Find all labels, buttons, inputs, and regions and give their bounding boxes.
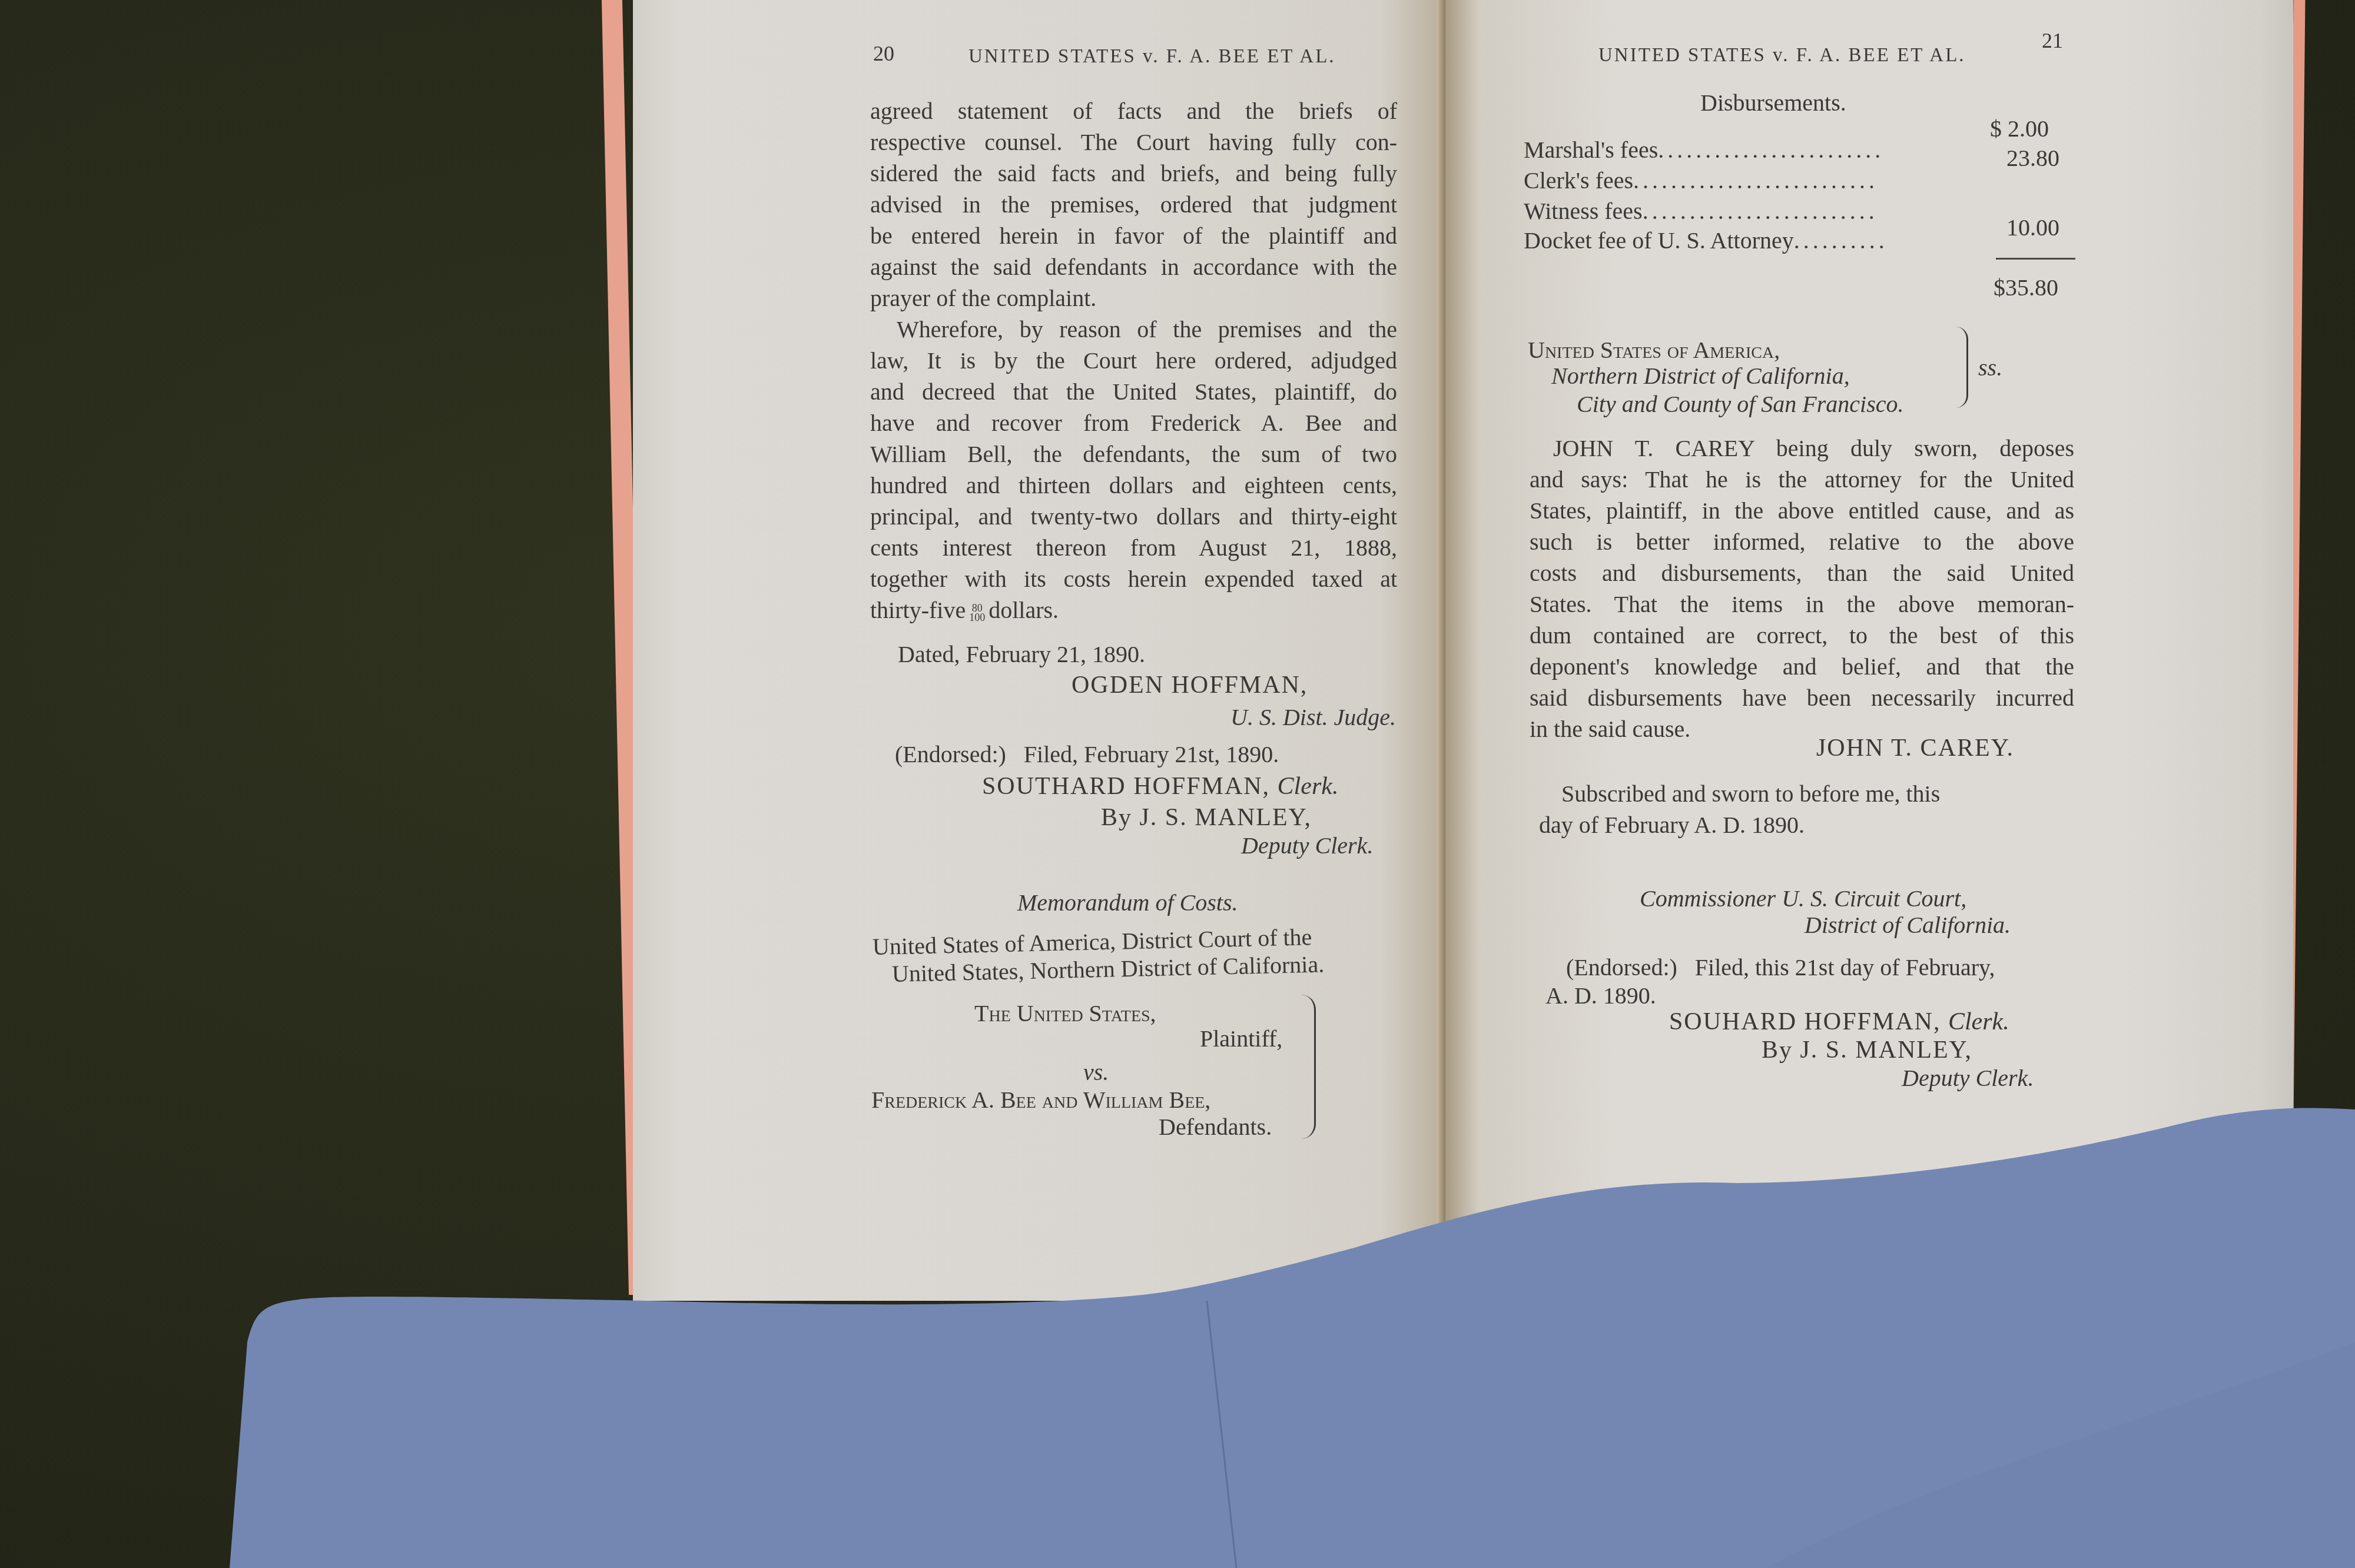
disbursement-label: Witness fees xyxy=(1524,198,1643,224)
disbursement-row: Witness fees......................... xyxy=(1524,195,1878,227)
deputy-title-left: Deputy Clerk. xyxy=(1241,830,1373,861)
deputy-title-right: Deputy Clerk. xyxy=(1902,1062,2034,1094)
text-line: have and recover from Frederick A. Bee a… xyxy=(870,407,1397,438)
text-line: together with its costs herein expended … xyxy=(870,563,1397,594)
clerk-signature-right: SOUHARD HOFFMAN, Clerk. xyxy=(1669,1008,2009,1036)
text-line: against the said defendants in accordanc… xyxy=(870,251,1397,283)
right-running-head: UNITED STATES v. F. A. BEE ET AL. xyxy=(1598,45,1966,67)
disbursement-amount: 23.80 xyxy=(2006,142,2059,174)
endorsed-year-right: A. D. 1890. xyxy=(1545,980,1656,1011)
text-line: States. That the items in the above memo… xyxy=(1530,589,2074,620)
text-line: States, plaintiff, in the above entitled… xyxy=(1530,495,2074,526)
text-line: respective counsel. The Court having ful… xyxy=(870,127,1397,158)
text-line: hundred and thirteen dollars and eightee… xyxy=(870,470,1397,501)
venue-line-2: Northern District of California, xyxy=(1551,360,1850,391)
disbursement-label: Marshal's fees xyxy=(1524,137,1658,163)
clerk-title: Clerk. xyxy=(1278,773,1339,800)
right-page-number: 21 xyxy=(2042,28,2063,53)
caption-plaintiff-name: The United States, xyxy=(974,998,1156,1029)
text-line: Wherefore, by reason of the premises and… xyxy=(870,314,1397,345)
text-line: agreed statement of facts and the briefs… xyxy=(870,95,1397,127)
jurat-line-2: day of February A. D. 1890. xyxy=(1539,809,1805,841)
fraction: 80100 xyxy=(969,603,985,622)
venue-brace xyxy=(1956,327,1968,408)
text-line: principal, and twenty-two dollars and th… xyxy=(870,501,1397,532)
text-line: William Bell, the defendants, the sum of… xyxy=(870,438,1397,470)
jurat-line-1: Subscribed and sworn to before me, this xyxy=(1561,778,1940,809)
disbursement-row: Docket fee of U. S. Attorney.......... xyxy=(1524,225,1888,256)
disbursement-label: Clerk's fees xyxy=(1524,167,1633,194)
text-line-fraction: thirty-five80100dollars. xyxy=(870,594,1397,626)
caption-plaintiff-label: Plaintiff, xyxy=(1200,1023,1282,1054)
disbursement-row: Clerk's fees.......................... xyxy=(1524,165,1878,196)
disbursement-label: Docket fee of U. S. Attorney xyxy=(1524,227,1794,254)
deputy-signature-left: By J. S. MANLEY, xyxy=(1101,803,1312,832)
affiant-signature: JOHN T. CAREY. xyxy=(1816,734,2014,762)
text-line: such is better informed, relative to the… xyxy=(1530,526,2074,557)
text-line: costs and disbursements, than the said U… xyxy=(1530,557,2074,589)
commissioner-line-2: District of California. xyxy=(1805,909,2011,941)
caption-brace xyxy=(1301,995,1316,1139)
left-paragraph-1: agreed statement of facts and the briefs… xyxy=(870,95,1397,314)
left-page-number: 20 xyxy=(873,41,894,66)
clerk-name: SOUTHARD HOFFMAN, xyxy=(982,773,1270,800)
judge-title: U. S. Dist. Judge. xyxy=(1230,702,1396,733)
text-line: be entered herein in favor of the plaint… xyxy=(870,220,1397,251)
disbursement-total: $35.80 xyxy=(1994,272,2058,303)
left-running-head: UNITED STATES v. F. A. BEE ET AL. xyxy=(968,46,1336,68)
clerk-title: Clerk. xyxy=(1948,1008,2009,1035)
text-line: sidered the said facts and briefs, and b… xyxy=(870,158,1397,189)
memorandum-heading: Memorandum of Costs. xyxy=(1017,887,1238,918)
caption-versus: vs. xyxy=(1083,1057,1109,1088)
endorsed-filed-right: (Endorsed:) Filed, this 21st day of Febr… xyxy=(1566,952,1995,983)
fraction-denominator: 100 xyxy=(969,613,985,622)
dated-line: Dated, February 21, 1890. xyxy=(898,639,1145,670)
clerk-signature-left: SOUTHARD HOFFMAN, Clerk. xyxy=(982,772,1338,800)
text-line: cents interest thereon from August 21, 1… xyxy=(870,532,1397,563)
amount-unit: dollars. xyxy=(989,597,1059,623)
text-line: dum contained are correct, to the best o… xyxy=(1530,620,2074,651)
text-line: JOHN T. CAREY being duly sworn, deposes xyxy=(1530,433,2074,464)
disbursement-amount: 10.00 xyxy=(2006,212,2059,243)
caption-defendant-label: Defendants. xyxy=(1159,1111,1272,1142)
text-line: and says: That he is the attorney for th… xyxy=(1530,464,2074,495)
venue-line-3: City and County of San Francisco. xyxy=(1577,388,1904,420)
amount-words: thirty-five xyxy=(870,597,966,623)
text-line: deponent's knowledge and belief, and tha… xyxy=(1530,651,2074,682)
endorsed-filed-left: (Endorsed:) Filed, February 21st, 1890. xyxy=(895,739,1279,770)
text-line: said disbursements have been necessarily… xyxy=(1530,682,2074,713)
affidavit-paragraph: JOHN T. CAREY being duly sworn, deposes … xyxy=(1530,433,2074,745)
deputy-signature-right: By J. S. MANLEY, xyxy=(1762,1036,1972,1064)
text-line: prayer of the complaint. xyxy=(870,283,1397,314)
disbursements-heading: Disbursements. xyxy=(1700,87,1846,118)
judge-signature: OGDEN HOFFMAN, xyxy=(1072,671,1308,699)
total-rule xyxy=(1996,258,2075,260)
clerk-name: SOUHARD HOFFMAN, xyxy=(1669,1008,1941,1035)
text-line: and decreed that the United States, plai… xyxy=(870,376,1397,407)
disbursement-amount: $ 2.00 xyxy=(1990,113,2049,144)
text-line: law, It is by the Court here ordered, ad… xyxy=(870,345,1397,376)
text-line: advised in the premises, ordered that ju… xyxy=(870,189,1397,220)
left-paragraph-2: Wherefore, by reason of the premises and… xyxy=(870,314,1397,626)
venue-ss: ss. xyxy=(1978,352,2002,383)
